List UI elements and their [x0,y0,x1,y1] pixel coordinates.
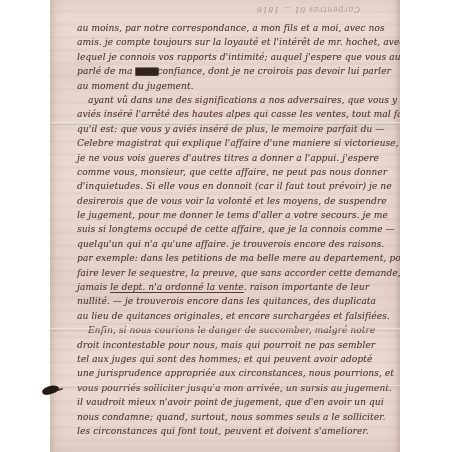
letter-line: suis si longtems occupé de cette affaire… [77,223,399,237]
line-text: confiance, dont je ne croirois pas devoi… [157,67,391,77]
letter-line: vous pourriés solliciter jusqu'a mon arr… [77,382,399,396]
fold-crease [50,328,400,332]
letter-line: il vaudroit mieux n'avoir point de jugem… [77,396,399,410]
letter-line: tel aux juges qui sont des hommes; et qu… [77,353,399,367]
letter-page: Carpentras 01 … 1816 au moins, par notre… [50,0,400,452]
letter-line: faire lever le sequestre, la preuve, que… [77,267,399,281]
fold-crease [50,385,400,388]
letter-line: comme vous, monsieur, que cette affaire,… [77,166,399,180]
letter-line: aviés inséré l'arrêté des hautes alpes q… [77,108,399,122]
letter-line: droit incontestable pour nous, mais qui … [77,339,399,353]
scan-canvas: Carpentras 01 … 1816 au moins, par notre… [0,0,452,452]
docket-inscription: Carpentras 01 … 1816 [228,1,360,14]
letter-line: je ne vous vois gueres d'autres titres a… [77,152,399,166]
letter-line: au lieu de quitances originales, et enco… [77,310,399,324]
letter-line: le jugement, pour me donner le tems d'al… [77,209,399,223]
letter-body: au moins, par notre correspondance, a mo… [77,22,399,439]
letter-line: nullité. — je trouverois encore dans les… [77,295,399,309]
fold-crease [50,122,400,126]
letter-line: au moins, par notre correspondance, a mo… [77,22,399,36]
letter-line: desirerois que de vous voir la volonté e… [77,195,399,209]
letter-line: par exemple: dans les petitions de ma be… [77,252,399,266]
letter-line: amis. je compte toujours sur la loyauté … [77,36,399,50]
line-text: parlé de ma [77,67,135,77]
letter-line: Celebre magistrat qui explique l'affaire… [77,137,399,151]
letter-line: d'inquietudes. Si elle vous en donnoit (… [77,180,399,194]
scribbled-out-word: █████ [135,68,157,76]
underlined-passage: le dept. n'a ordonné la vente [110,283,244,293]
letter-line: une jurisprudence appropriée aux circons… [77,367,399,381]
letter-line: lequel je connois vos rapports d'intimit… [77,51,399,65]
letter-line: jamais le dept. n'a ordonné la vente. ra… [77,281,399,295]
line-text: jamais [77,283,110,293]
letter-line: ayant vû dans une des significations a n… [77,94,399,108]
letter-line: les circonstances qui font tout, peuvent… [77,425,399,439]
letter-line: nous condamne; quand, surtout, nous somm… [77,411,399,425]
line-text: . raison importante de leur [244,283,369,293]
letter-line: au moment du jugement. [77,80,399,94]
letter-line: quelqu'un qui n'a qu'une affaire. je tro… [77,238,399,252]
letter-line: parlé de ma █████confiance, dont je ne c… [77,65,399,79]
